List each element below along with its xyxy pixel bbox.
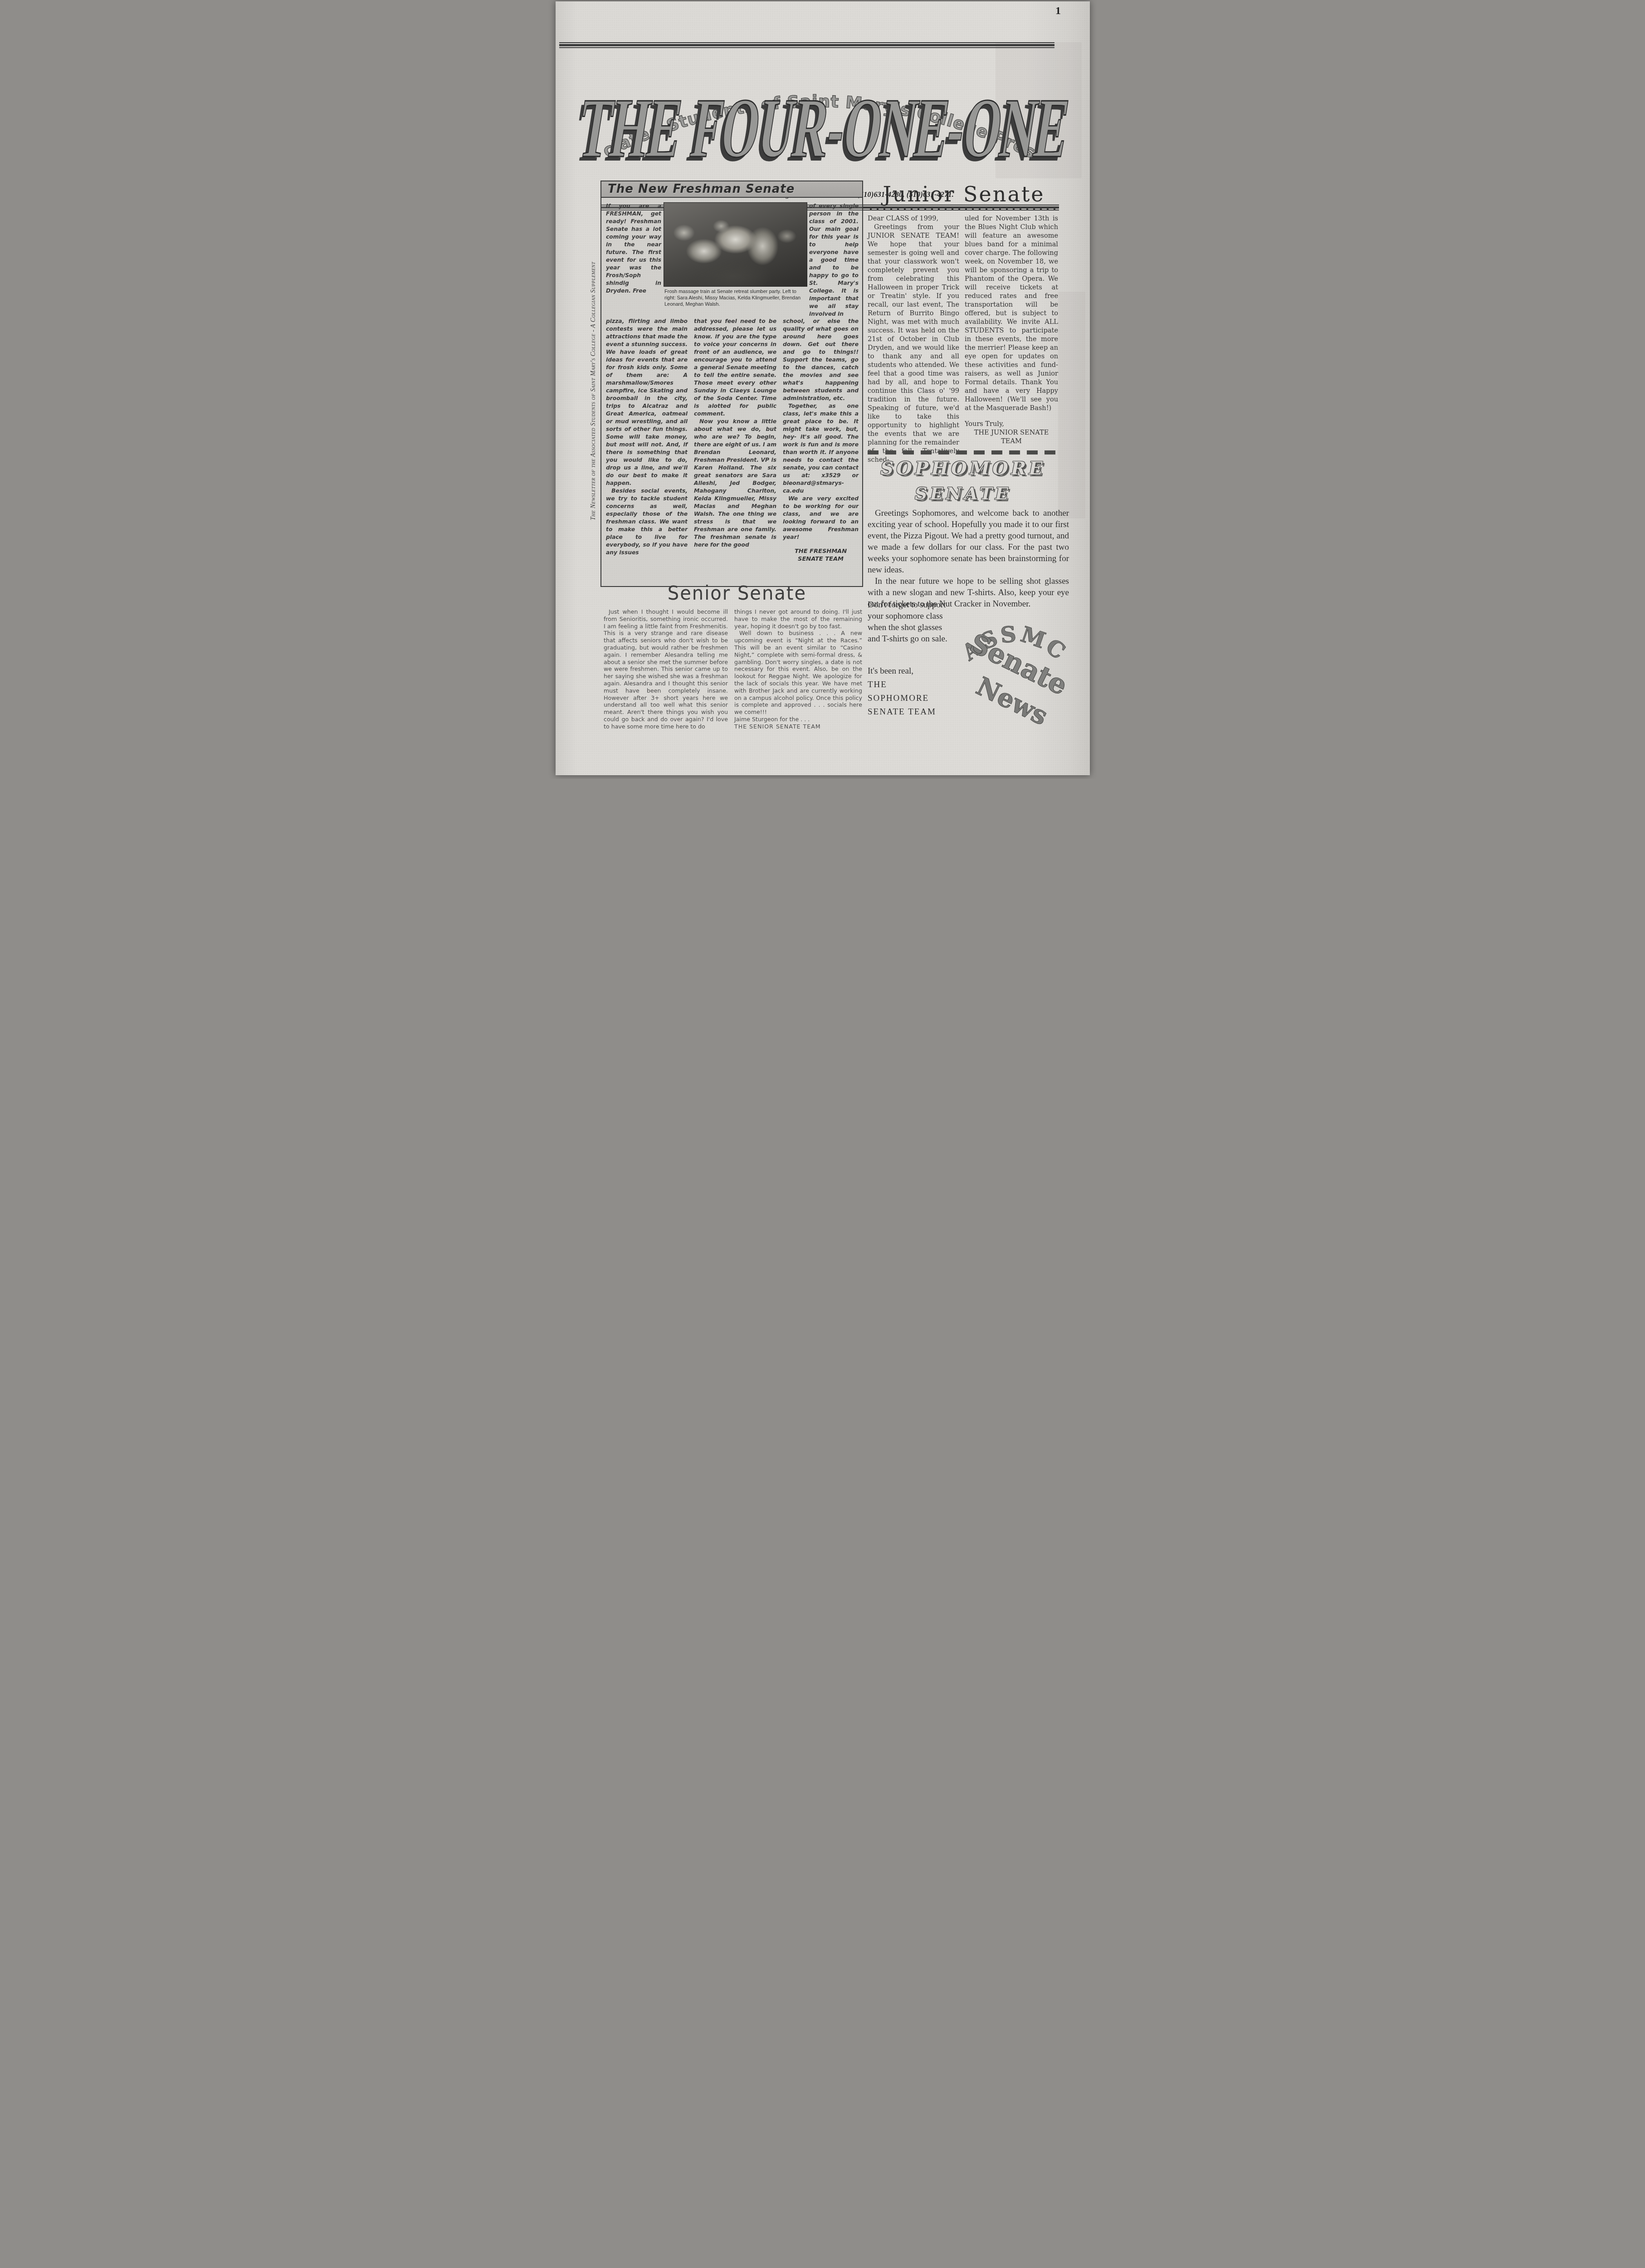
junior-col2: uled for November 13th is the Blues Nigh… — [965, 215, 1058, 441]
photo-frosh-massage-train — [664, 202, 807, 287]
paragraph: Together, as one class, let's make this … — [783, 402, 859, 495]
sophomore-body: Greetings Sophomores, and welcome back t… — [868, 508, 1069, 610]
sophomore-dashed-rule — [868, 450, 1058, 455]
senior-byline: Jaime Sturgeon for the . . . — [734, 716, 862, 723]
paper-sheet: 1 Associated Students of Saint Mary's Co… — [556, 1, 1090, 775]
senior-headline: Senior Senate — [610, 582, 864, 605]
junior-headline: Junior Senate — [869, 182, 1059, 206]
paragraph: Greetings Sophomores, and welcome back t… — [868, 508, 1069, 576]
photo-caption: Frosh massage train at Senate retreat sl… — [664, 288, 809, 308]
freshman-col1-top: If you are a FRESHMAN, get ready! Freshm… — [606, 202, 661, 315]
senior-col2: things I never got around to doing. I'll… — [734, 608, 862, 753]
paragraph: We are very excited to be working for ou… — [783, 495, 859, 541]
assmc-senate-news-logo: ASSMC Senate News — [932, 619, 1095, 733]
freshman-signoff: THE FRESHMAN SENATE TEAM — [783, 547, 859, 563]
sophomore-headline-line2: SENATE — [862, 483, 1064, 503]
paragraph: that you feel need to be addressed, plea… — [694, 318, 776, 418]
top-rule — [559, 42, 1054, 48]
freshman-headline: The New Freshman Senate — [601, 181, 862, 198]
junior-signoff-team: THE JUNIOR SENATE TEAM — [965, 429, 1058, 446]
paragraph: school, or else the quality of what goes… — [783, 318, 859, 402]
paragraph: pizza, flirting and limbo contests were … — [606, 318, 688, 487]
freshman-col3: school, or else the quality of what goes… — [783, 318, 859, 582]
freshman-col3-top: of every single person in the class of 2… — [809, 202, 859, 317]
junior-signoff-yours: Yours Truly, — [965, 420, 1058, 429]
paragraph: Greetings from your JUNIOR SENATE TEAM! … — [868, 223, 959, 464]
paragraph: Just when I thought I would become ill f… — [604, 608, 728, 730]
paragraph: things I never got around to doing. I'll… — [734, 608, 862, 630]
senior-col1: Just when I thought I would become ill f… — [604, 608, 728, 753]
scanned-newsletter-page: 1 Associated Students of Saint Mary's Co… — [548, 0, 1097, 779]
masthead-title: THE FOUR-ONE-ONE THE FOUR-ONE-ONE — [560, 60, 1077, 174]
freshman-col2: that you feel need to be addressed, plea… — [694, 318, 776, 582]
junior-dotted-rule — [869, 208, 1056, 210]
sophomore-headline-line1: SOPHOMORE — [862, 458, 1064, 479]
title-text: THE FOUR-ONE-ONE — [572, 81, 1075, 174]
junior-col1: Dear CLASS of 1999, Greetings from your … — [868, 215, 959, 441]
freshman-senate-article: The New Freshman Senate If you are a FRE… — [600, 181, 863, 587]
paragraph: uled for November 13th is the Blues Nigh… — [965, 215, 1058, 413]
paragraph: Dear CLASS of 1999, — [868, 215, 959, 223]
paragraph: Besides social events, we try to tackle … — [606, 487, 688, 557]
freshman-col1: pizza, flirting and limbo contests were … — [606, 318, 688, 582]
paragraph: Now you know a little about what we do, … — [694, 418, 776, 549]
page-number: 1 — [1055, 5, 1061, 17]
senior-signoff: THE SENIOR SENATE TEAM — [734, 723, 862, 730]
paragraph: Well down to business . . . A new upcomi… — [734, 630, 862, 716]
